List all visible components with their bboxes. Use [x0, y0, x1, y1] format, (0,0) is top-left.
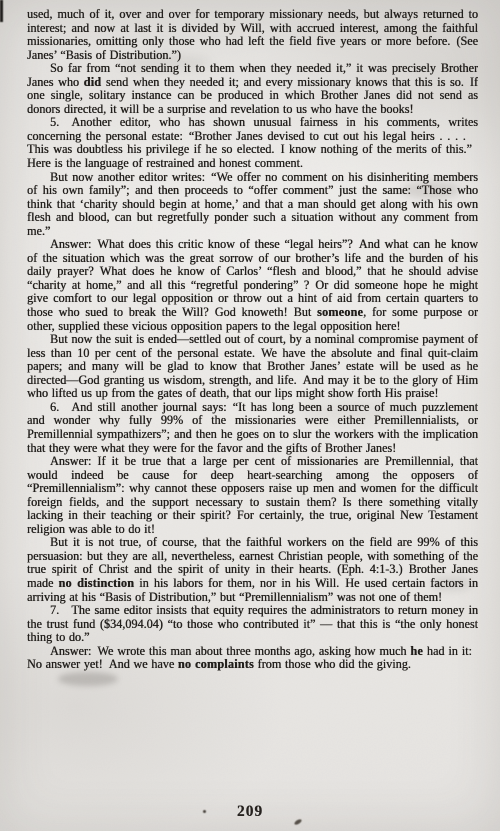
paragraph: Answer: What does this critic know of th… [27, 238, 478, 333]
ink-smudge [58, 672, 118, 686]
paragraph: 7. The same editor insists that equity r… [27, 604, 478, 645]
paragraph: So far from “not sending it to them when… [27, 62, 478, 116]
emphasized-text: did [84, 75, 102, 89]
emphasized-text: no distinction [59, 576, 135, 590]
page-number: 209 [0, 803, 500, 821]
paragraph: Answer: If it be true that a large per c… [27, 455, 478, 536]
paragraph: used, much of it, over and over for temp… [27, 8, 478, 62]
paragraph: But now another editor writes: “We offer… [27, 171, 478, 239]
paragraph: Answer: We wrote this man about three mo… [27, 645, 478, 672]
emphasized-text: no complaints [178, 657, 254, 671]
emphasized-text: someone [317, 305, 363, 319]
paragraph: But now the suit is ended—settled out of… [27, 333, 478, 401]
emphasized-text: he [410, 644, 423, 658]
paragraph: 5. Another editor, who has shown unusual… [27, 116, 478, 170]
page-text: used, much of it, over and over for temp… [27, 8, 478, 672]
scanned-book-page: used, much of it, over and over for temp… [0, 0, 500, 831]
scan-edge-mark [0, 0, 3, 22]
paragraph: But it is not true, of course, that the … [27, 536, 478, 604]
paragraph: 6. And still another journal says: “It h… [27, 401, 478, 455]
